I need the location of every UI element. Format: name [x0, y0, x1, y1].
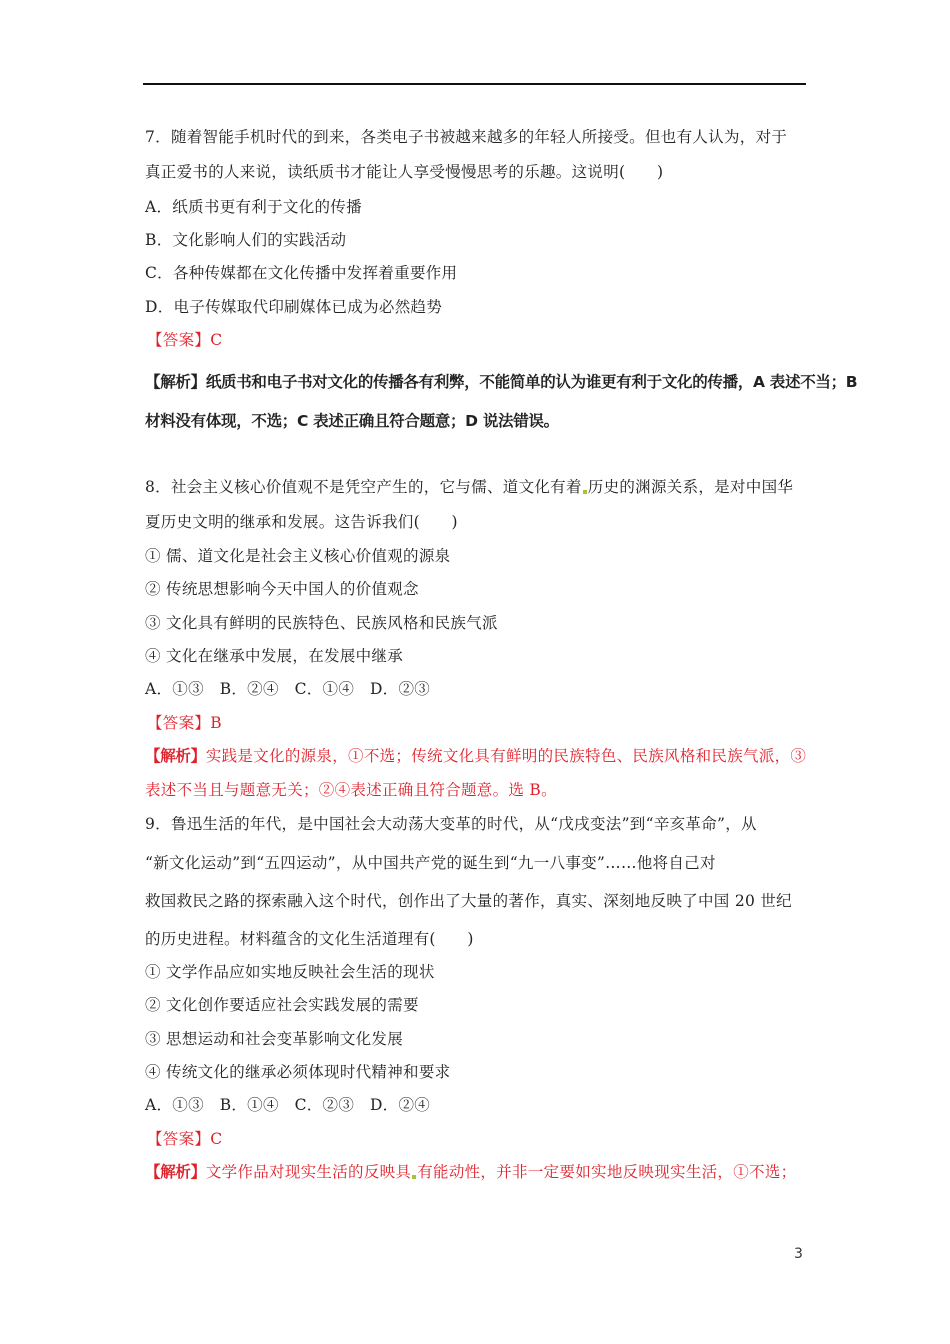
answer-label: 【答案】: [147, 1130, 210, 1148]
analysis-line: 表述不当且与题意无关；②④表述正确且符合题意。选 B。: [145, 780, 557, 800]
analysis: 【解析】文学作品对现实生活的反映具有能动性，并非一定要如实地反映现实生活，①不选…: [145, 1162, 796, 1182]
analysis-text: 文学作品对现实生活的反映具: [206, 1163, 411, 1181]
question-stem-line: 的历史进程。材料蕴含的文化生活道理有( ): [145, 929, 474, 949]
statement-3: ③ 文化具有鲜明的民族特色、民族风格和民族气派: [145, 613, 498, 633]
page-number: 3: [794, 1246, 803, 1262]
statement-1: ① 文学作品应如实地反映社会生活的现状: [145, 962, 435, 982]
statement-4: ④ 传统文化的继承必须体现时代精神和要求: [145, 1062, 450, 1082]
analysis-label: 【解析】: [145, 747, 206, 765]
analysis-text: 纸质书和电子书对文化的传播各有利弊，不能简单的认为谁更有利于文化的传播，A 表述…: [206, 373, 858, 391]
answer: 【答案】C: [147, 330, 222, 350]
marker-dot: [412, 1175, 416, 1179]
question-stem-line: 真正爱书的人来说，读纸质书才能让人享受慢慢思考的乐趣。这说明( ): [145, 162, 663, 182]
question-stem-line: 夏历史文明的继承和发展。这告诉我们( ): [145, 512, 458, 532]
stem-text: 8．社会主义核心价值观不是凭空产生的，它与儒、道文化有着: [145, 478, 582, 496]
question-stem-line: 9．鲁迅生活的年代，是中国社会大动荡大变革的时代，从“戊戌变法”到“辛亥革命”，…: [145, 814, 757, 834]
answer-value: B: [210, 714, 222, 732]
statement-1: ① 儒、道文化是社会主义核心价值观的源泉: [145, 546, 450, 566]
answer: 【答案】B: [147, 713, 222, 733]
statement-4: ④ 文化在继承中发展，在发展中继承: [145, 646, 403, 666]
question-stem-line: 救国救民之路的探索融入这个时代，创作出了大量的著作，真实、深刻地反映了中国 20…: [145, 891, 792, 911]
analysis-text: 实践是文化的源泉，①不选；传统文化具有鲜明的民族特色、民族风格和民族气派，③: [206, 747, 806, 765]
analysis: 【解析】实践是文化的源泉，①不选；传统文化具有鲜明的民族特色、民族风格和民族气派…: [145, 746, 806, 766]
header-rule: [143, 83, 806, 85]
analysis-label: 【解析】: [145, 1163, 206, 1181]
marker-dot: [583, 490, 587, 494]
question-stem-line: 7．随着智能手机时代的到来，各类电子书被越来越多的年轻人所接受。但也有人认为，对…: [145, 127, 787, 147]
statement-3: ③ 思想运动和社会变革影响文化发展: [145, 1029, 403, 1049]
answer: 【答案】C: [147, 1129, 222, 1149]
statement-2: ② 传统思想影响今天中国人的价值观念: [145, 579, 419, 599]
question-stem-line: “新文化运动”到“五四运动”，从中国共产党的诞生到“九一八事变”……他将自己对: [145, 853, 716, 873]
statement-2: ② 文化创作要适应社会实践发展的需要: [145, 995, 419, 1015]
choices: A．①③ B．②④ C．①④ D．②③: [145, 679, 430, 699]
option-d: D．电子传媒取代印刷媒体已成为必然趋势: [145, 297, 442, 317]
choices: A．①③ B．①④ C．②③ D．②④: [145, 1095, 430, 1115]
option-a: A．纸质书更有利于文化的传播: [145, 197, 362, 217]
answer-value: C: [210, 331, 222, 349]
analysis-line: 材料没有体现，不选；C 表述正确且符合题意；D 说法错误。: [145, 411, 559, 431]
option-b: B．文化影响人们的实践活动: [145, 230, 346, 250]
option-c: C．各种传媒都在文化传播中发挥着重要作用: [145, 263, 457, 283]
answer-label: 【答案】: [147, 331, 210, 349]
answer-label: 【答案】: [147, 714, 210, 732]
question-stem-line: 8．社会主义核心价值观不是凭空产生的，它与儒、道文化有着历史的渊源关系，是对中国…: [145, 477, 793, 497]
analysis: 【解析】纸质书和电子书对文化的传播各有利弊，不能简单的认为谁更有利于文化的传播，…: [145, 372, 857, 392]
answer-value: C: [210, 1130, 222, 1148]
stem-text: 历史的渊源关系，是对中国华: [588, 478, 793, 496]
analysis-label: 【解析】: [145, 373, 206, 391]
analysis-text: 有能动性，并非一定要如实地反映现实生活，①不选；: [417, 1163, 796, 1181]
